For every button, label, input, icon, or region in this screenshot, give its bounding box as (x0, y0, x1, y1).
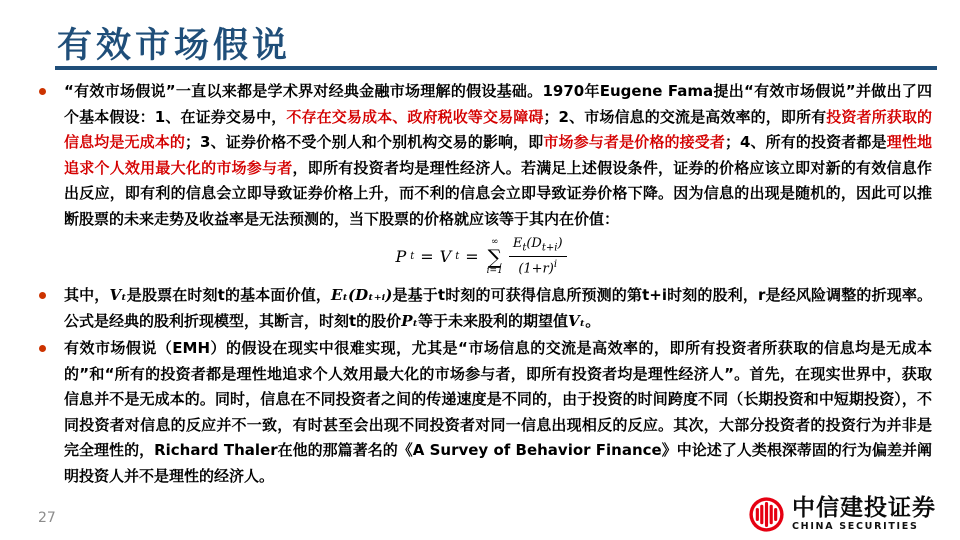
formula-sub-t: t (410, 251, 414, 262)
bullet-marker (30, 283, 64, 334)
formula-sub-t: t (455, 251, 459, 262)
bullet-text-emh-critique: 有效市场假说（EMH）的假设在现实中很难实现，尤其是“市场信息的交流是高效率的，… (64, 336, 932, 489)
bullet-dot-icon (39, 345, 46, 352)
formula-var-v: V (440, 247, 452, 266)
formula-var-e: E (513, 236, 523, 251)
formula-summation: ∞ ∑ i=1 (487, 238, 503, 276)
formula-numerator: Et(Dt+i) (509, 236, 567, 257)
bullet-text-formula-explanation: 其中，Vₜ是股票在时刻t的基本面价值，Eₜ(Dₜ₊ᵢ)是基于t时刻的可获得信息所… (64, 283, 932, 334)
bullet-marker (30, 336, 64, 489)
formula-dividend-discount: Pt = Vt = ∞ ∑ i=1 Et(Dt+i) (1+r)i (30, 236, 932, 277)
text-segment: 其中， (64, 286, 109, 304)
formula-fraction: Et(Dt+i) (1+r)i (509, 236, 567, 277)
bullet-item-3: 有效市场假说（EMH）的假设在现实中很难实现，尤其是“市场信息的交流是高效率的，… (30, 336, 932, 489)
formula-paren-close: ) (557, 236, 562, 251)
bullet-dot-icon (39, 88, 46, 95)
slide-body: “有效市场假说”一直以来都是学术界对经典金融市场理解的假设基础。1970年Eug… (30, 79, 932, 491)
formula-var-p: P (395, 247, 406, 266)
formula-den-base: (1+r) (518, 261, 554, 276)
bullet-dot-icon (39, 292, 46, 299)
formula-equals: = (463, 247, 480, 266)
sigma-icon: ∑ (488, 247, 502, 267)
bullet-item-2: 其中，Vₜ是股票在时刻t的基本面价值，Eₜ(Dₜ₊ᵢ)是基于t时刻的可获得信息所… (30, 283, 932, 334)
logo-name-cn: 中信建投证券 (792, 497, 936, 520)
text-segment: Eₜ(Dₜ₊ᵢ) (331, 286, 392, 304)
text-segment: Vₜ (109, 286, 126, 304)
text-segment: 不存在交易成本、政府税收等交易障碍 (286, 108, 543, 126)
logo-text: 中信建投证券 CHINA SECURITIES (792, 497, 936, 532)
company-logo: 中信建投证券 CHINA SECURITIES (748, 496, 936, 533)
text-segment: Vₜ (568, 312, 585, 330)
page-number: 27 (38, 510, 56, 526)
bullet-marker (30, 79, 64, 232)
formula-denominator: (1+r)i (518, 257, 557, 277)
logo-name-en: CHINA SECURITIES (792, 522, 918, 532)
formula-sum-lower: i=1 (487, 267, 503, 276)
bullet-text-emh-assumptions: “有效市场假说”一直以来都是学术界对经典金融市场理解的假设基础。1970年Eug… (64, 79, 932, 232)
title-underline (55, 66, 937, 70)
formula-equals: = (418, 247, 435, 266)
bullet-item-1: “有效市场假说”一直以来都是学术界对经典金融市场理解的假设基础。1970年Eug… (30, 79, 932, 232)
text-segment: Pₜ (401, 312, 418, 330)
text-segment: 是股票在时刻t的基本面价值， (127, 286, 331, 304)
text-segment: 等于未来股利的期望值 (418, 312, 568, 330)
text-segment: ；4、所有的投资者都是 (725, 133, 887, 151)
text-segment: ；3、证券价格不受个别人和个别机构交易的影响，即 (185, 133, 543, 151)
formula-sub-ti: t+i (542, 243, 558, 254)
page-title: 有效市场假说 (57, 18, 291, 68)
text-segment: 市场参与者是价格的接受者 (543, 133, 725, 151)
slide: 有效市场假说 “有效市场假说”一直以来都是学术界对经典金融市场理解的假设基础。1… (0, 0, 960, 540)
text-segment: 。 (585, 312, 600, 330)
formula-var-d: D (531, 236, 541, 251)
formula-den-exponent: i (554, 259, 557, 270)
citic-emblem-icon (748, 496, 785, 533)
text-segment: ；2、市场信息的交流是高效率的，即所有 (544, 108, 827, 126)
text-segment: 有效市场假说（EMH）的假设在现实中很难实现，尤其是“市场信息的交流是高效率的，… (64, 339, 932, 485)
